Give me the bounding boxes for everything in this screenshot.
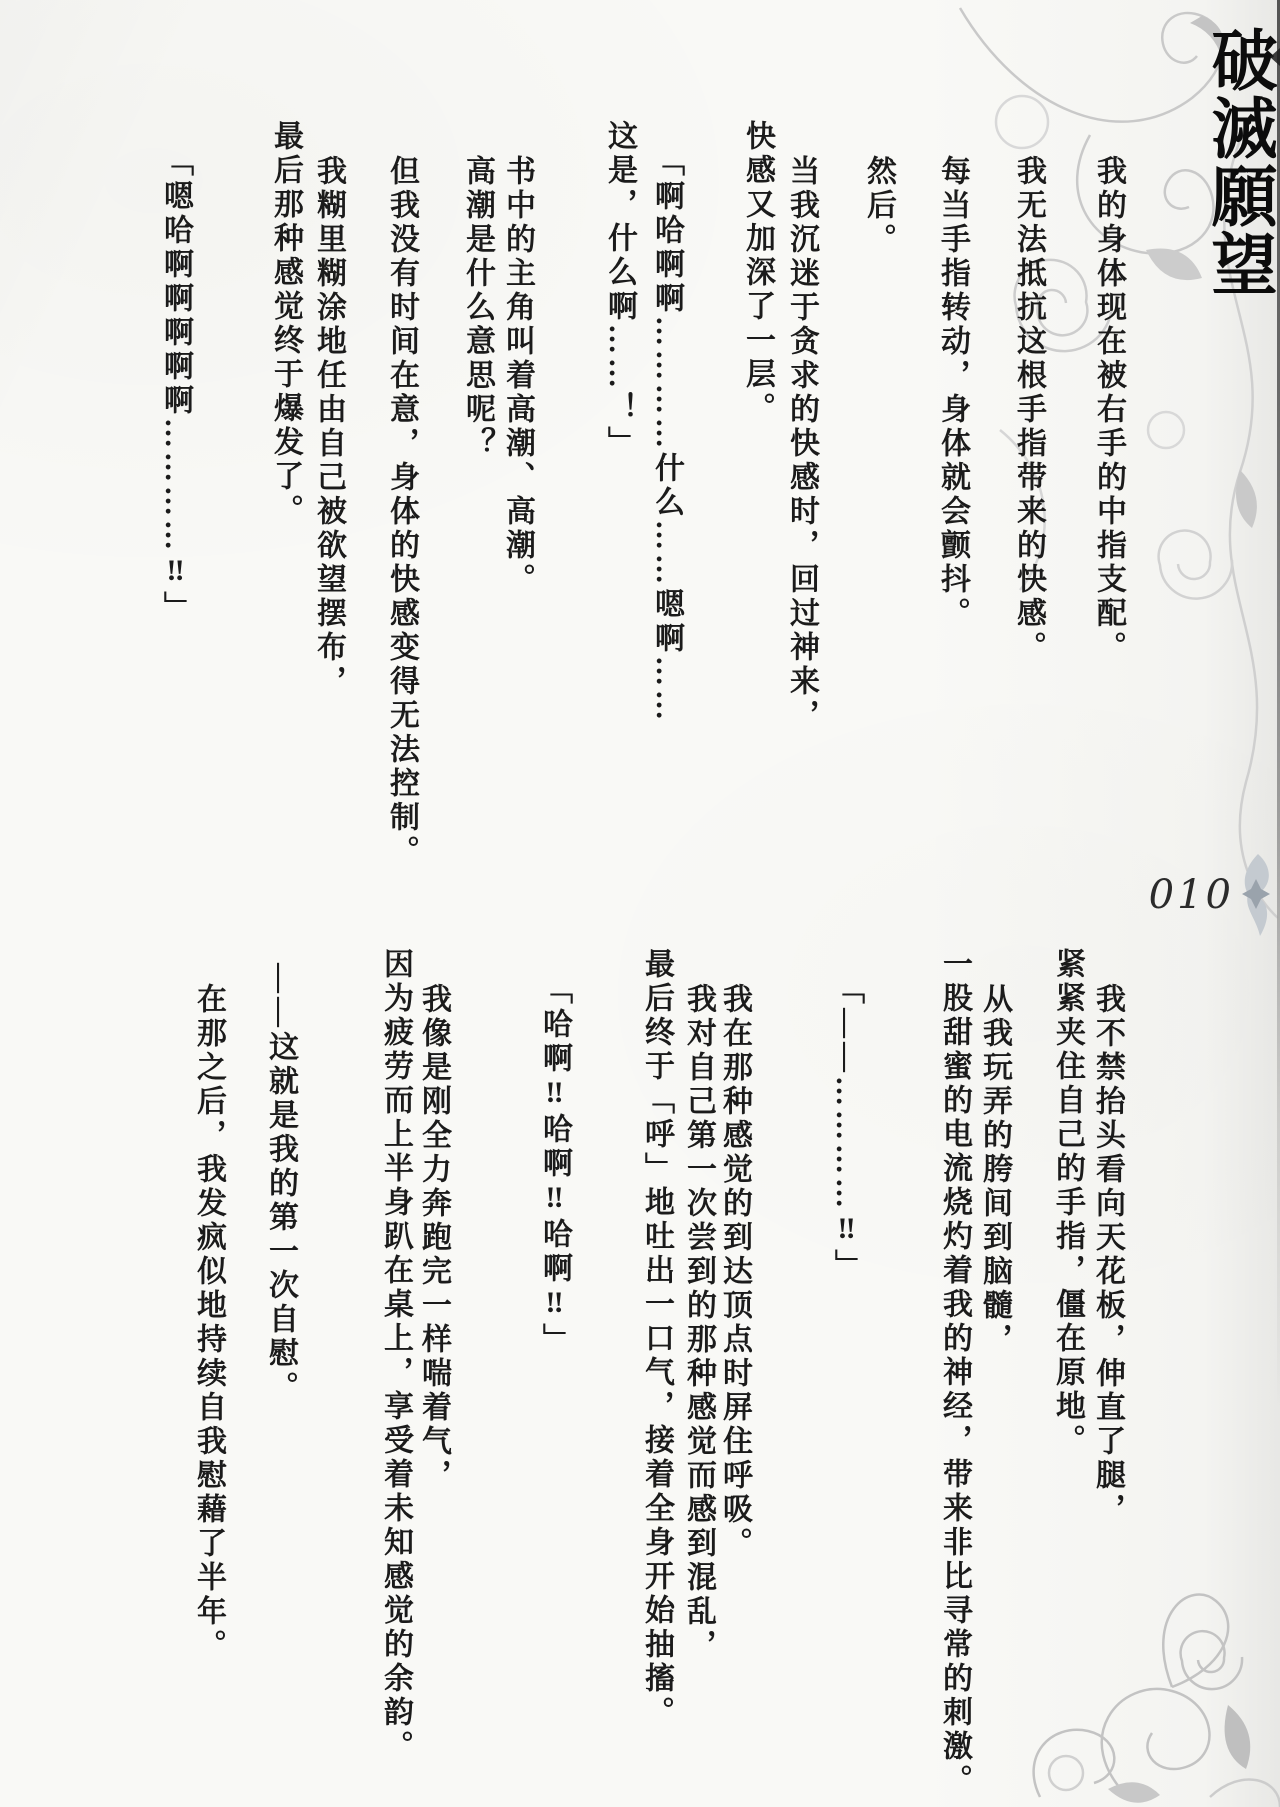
dialogue-column: 「嗯哈啊啊啊啊啊…………‼」 [155,120,195,625]
dialogue-column: 「啊哈啊啊…………什么……嗯啊…… [646,120,686,724]
text-column: 我在那种感觉的到达顶点时屏住呼吸。 [714,948,754,1561]
text-column: 我像是刚全力奔跑完一样喘着气， [413,948,453,1493]
novel-page: 破滅願望 我的身体现在被右手的中指支配。 我无法抵抗这根手指带来的快感。 每当手… [0,0,1280,1807]
page-edge-notch [1270,48,1280,66]
text-block-top: 我的身体现在被右手的中指支配。 我无法抵抗这根手指带来的快感。 每当手指转动，身… [152,120,1162,910]
text-column: 我糊里糊涂地任由自己被欲望摆布， [308,120,348,699]
text-column: 从我玩弄的胯间到脑髓， [974,948,1014,1357]
text-column: 但我没有时间在意，身体的快感变得无法控制。 [381,120,421,869]
text-column: 每当手指转动，身体就会颤抖。 [932,120,972,631]
text-column: 然后。 [858,120,898,257]
text-column: 我不禁抬头看向天花板，伸直了腿， [1087,948,1127,1527]
text-column: 我的身体现在被右手的中指支配。 [1088,120,1128,665]
dialogue-column: 这是，什么啊……！」 [599,120,639,460]
text-column: 因为疲劳而上半身趴在桌上，享受着未知感觉的余韵。 [375,948,415,1764]
dialogue-column: 「哈啊‼哈啊‼哈啊‼」 [534,948,574,1357]
text-column: 在那之后，我发疯似地持续自我慰藉了半年。 [188,948,228,1663]
chapter-title: 破滅願望 [1200,26,1274,298]
text-column: 一股甜蜜的电流烧灼着我的神经，带来非比寻常的刺激。 [934,948,974,1798]
text-column: 最后终于「呼」地吐出一口气，接着全身开始抽搐。 [636,948,676,1730]
text-column: 书中的主角叫着高潮、高潮。 [497,120,537,597]
page-number: 010 [1149,872,1234,918]
text-column: ——这就是我的第一次自慰。 [260,948,300,1405]
text-column: 紧紧夹住自己的手指，僵在原地。 [1047,948,1087,1458]
text-column: 最后那种感觉终于爆发了。 [265,120,305,528]
text-block-bottom: 我不禁抬头看向天花板，伸直了腿， 紧紧夹住自己的手指，僵在原地。 从我玩弄的胯间… [152,948,1162,1807]
text-column: 高潮是什么意思呢？ [457,120,497,461]
text-column: 当我沉迷于贪求的快感时，回过神来， [781,120,821,733]
text-column: 我对自己第一次尝到的那种感觉而感到混乱， [678,948,718,1663]
dialogue-column: 「——…………‼」 [826,948,866,1283]
page-number-fleur-icon [1236,854,1276,938]
text-column: 我无法抵抗这根手指带来的快感。 [1008,120,1048,665]
text-column: 快感又加深了一层。 [737,120,777,426]
